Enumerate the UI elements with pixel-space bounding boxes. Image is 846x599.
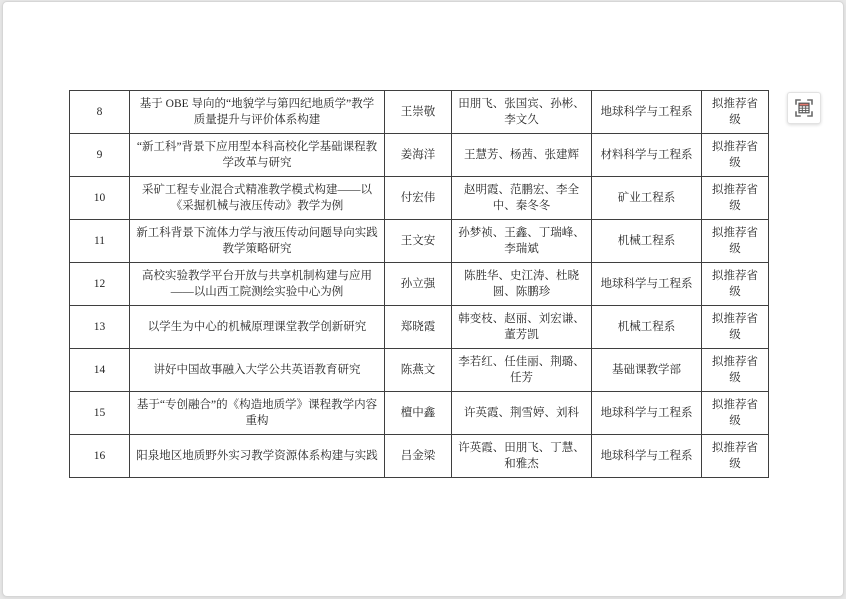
cell-department: 地球科学与工程系: [592, 263, 702, 306]
cell-title: 基于 OBE 导向的“地貌学与第四纪地质学”教学质量提升与评价体系构建: [130, 91, 385, 134]
cell-num: 9: [70, 134, 130, 177]
table-row: 15基于“专创融合”的《构造地质学》课程教学内容重构檀中鑫许英霞、荆雪婷、刘科地…: [70, 392, 769, 435]
cell-num: 16: [70, 435, 130, 478]
cell-title: 阳泉地区地质野外实习教学资源体系构建与实践: [130, 435, 385, 478]
cell-num: 12: [70, 263, 130, 306]
table-row: 16阳泉地区地质野外实习教学资源体系构建与实践吕金梁许英霞、田朋飞、丁慧、和雅杰…: [70, 435, 769, 478]
cell-num: 11: [70, 220, 130, 263]
table-row: 10采矿工程专业混合式精准教学模式构建——以《采掘机械与液压传动》教学为例付宏伟…: [70, 177, 769, 220]
table-row: 11新工科背景下流体力学与液压传动问题导向实践教学策略研究王文安孙梦祯、王鑫、丁…: [70, 220, 769, 263]
cell-members: 陈胜华、史江涛、杜晓圆、陈鹏珍: [452, 263, 592, 306]
table-row: 8基于 OBE 导向的“地貌学与第四纪地质学”教学质量提升与评价体系构建王崇敬田…: [70, 91, 769, 134]
cell-title: 讲好中国故事融入大学公共英语教育研究: [130, 349, 385, 392]
cell-num: 13: [70, 306, 130, 349]
cell-leader: 王文安: [385, 220, 452, 263]
cell-leader: 付宏伟: [385, 177, 452, 220]
cell-title: 新工科背景下流体力学与液压传动问题导向实践教学策略研究: [130, 220, 385, 263]
cell-department: 地球科学与工程系: [592, 435, 702, 478]
cell-num: 14: [70, 349, 130, 392]
cell-title: 高校实验教学平台开放与共享机制构建与应用——以山西工院测绘实验中心为例: [130, 263, 385, 306]
cell-level: 拟推荐省级: [702, 392, 769, 435]
cell-leader: 孙立强: [385, 263, 452, 306]
document-page: 8基于 OBE 导向的“地貌学与第四纪地质学”教学质量提升与评价体系构建王崇敬田…: [2, 1, 844, 597]
cell-level: 拟推荐省级: [702, 220, 769, 263]
table-row: 9“新工科”背景下应用型本科高校化学基础课程教学改革与研究姜海洋王慧芳、杨茜、张…: [70, 134, 769, 177]
table-row: 13以学生为中心的机械原理课堂教学创新研究郑晓霞韩变枝、赵丽、刘宏谦、董芳凯机械…: [70, 306, 769, 349]
screenshot-root: { "page": { "background_color": "#e8e8e8…: [0, 0, 846, 599]
cell-leader: 檀中鑫: [385, 392, 452, 435]
cell-department: 地球科学与工程系: [592, 392, 702, 435]
cell-leader: 郑晓霞: [385, 306, 452, 349]
cell-members: 韩变枝、赵丽、刘宏谦、董芳凯: [452, 306, 592, 349]
cell-num: 15: [70, 392, 130, 435]
cell-members: 田朋飞、张国宾、孙彬、李文久: [452, 91, 592, 134]
cell-title: 以学生为中心的机械原理课堂教学创新研究: [130, 306, 385, 349]
cell-title: 采矿工程专业混合式精准教学模式构建——以《采掘机械与液压传动》教学为例: [130, 177, 385, 220]
cell-level: 拟推荐省级: [702, 91, 769, 134]
cell-department: 材料科学与工程系: [592, 134, 702, 177]
cell-department: 矿业工程系: [592, 177, 702, 220]
cell-department: 地球科学与工程系: [592, 91, 702, 134]
cell-members: 孙梦祯、王鑫、丁瑞峰、李瑞斌: [452, 220, 592, 263]
cell-members: 王慧芳、杨茜、张建辉: [452, 134, 592, 177]
table-row: 14讲好中国故事融入大学公共英语教育研究陈燕文李若红、任佳丽、荆璐、任芳基础课教…: [70, 349, 769, 392]
cell-members: 赵明霞、范鹏宏、李全中、秦冬冬: [452, 177, 592, 220]
cell-num: 10: [70, 177, 130, 220]
table-capture-icon: [794, 98, 814, 118]
table-row: 12高校实验教学平台开放与共享机制构建与应用——以山西工院测绘实验中心为例孙立强…: [70, 263, 769, 306]
cell-level: 拟推荐省级: [702, 435, 769, 478]
cell-level: 拟推荐省级: [702, 306, 769, 349]
cell-leader: 王崇敬: [385, 91, 452, 134]
cell-level: 拟推荐省级: [702, 263, 769, 306]
cell-department: 机械工程系: [592, 220, 702, 263]
cell-title: “新工科”背景下应用型本科高校化学基础课程教学改革与研究: [130, 134, 385, 177]
cell-num: 8: [70, 91, 130, 134]
cell-members: 许英霞、田朋飞、丁慧、和雅杰: [452, 435, 592, 478]
cell-level: 拟推荐省级: [702, 349, 769, 392]
cell-leader: 陈燕文: [385, 349, 452, 392]
cell-title: 基于“专创融合”的《构造地质学》课程教学内容重构: [130, 392, 385, 435]
cell-leader: 吕金梁: [385, 435, 452, 478]
cell-department: 基础课教学部: [592, 349, 702, 392]
cell-level: 拟推荐省级: [702, 134, 769, 177]
cell-level: 拟推荐省级: [702, 177, 769, 220]
cell-department: 机械工程系: [592, 306, 702, 349]
cell-leader: 姜海洋: [385, 134, 452, 177]
cell-members: 李若红、任佳丽、荆璐、任芳: [452, 349, 592, 392]
projects-table: 8基于 OBE 导向的“地貌学与第四纪地质学”教学质量提升与评价体系构建王崇敬田…: [69, 90, 769, 478]
cell-members: 许英霞、荆雪婷、刘科: [452, 392, 592, 435]
table-capture-button[interactable]: [787, 92, 821, 124]
